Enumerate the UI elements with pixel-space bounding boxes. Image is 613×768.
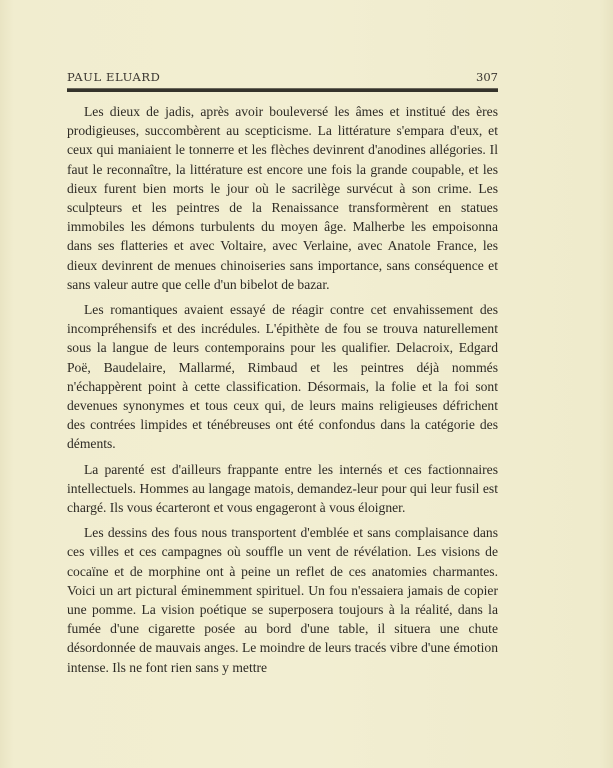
page-number: 307 [476,70,498,84]
paragraph: Les dessins des fous nous transportent d… [67,523,498,677]
book-page: PAUL ELUARD 307 Les dieux de jadis, aprè… [67,70,498,683]
running-title: PAUL ELUARD [67,70,161,84]
header-rule [67,88,498,92]
paragraph: Les romantiques avaient essayé de réagir… [67,300,498,454]
paragraph: Les dieux de jadis, après avoir boulever… [67,102,498,294]
running-head: PAUL ELUARD 307 [67,70,498,84]
body-text: Les dieux de jadis, après avoir boulever… [67,102,498,677]
paragraph: La parenté est d'ailleurs frappante entr… [67,460,498,518]
